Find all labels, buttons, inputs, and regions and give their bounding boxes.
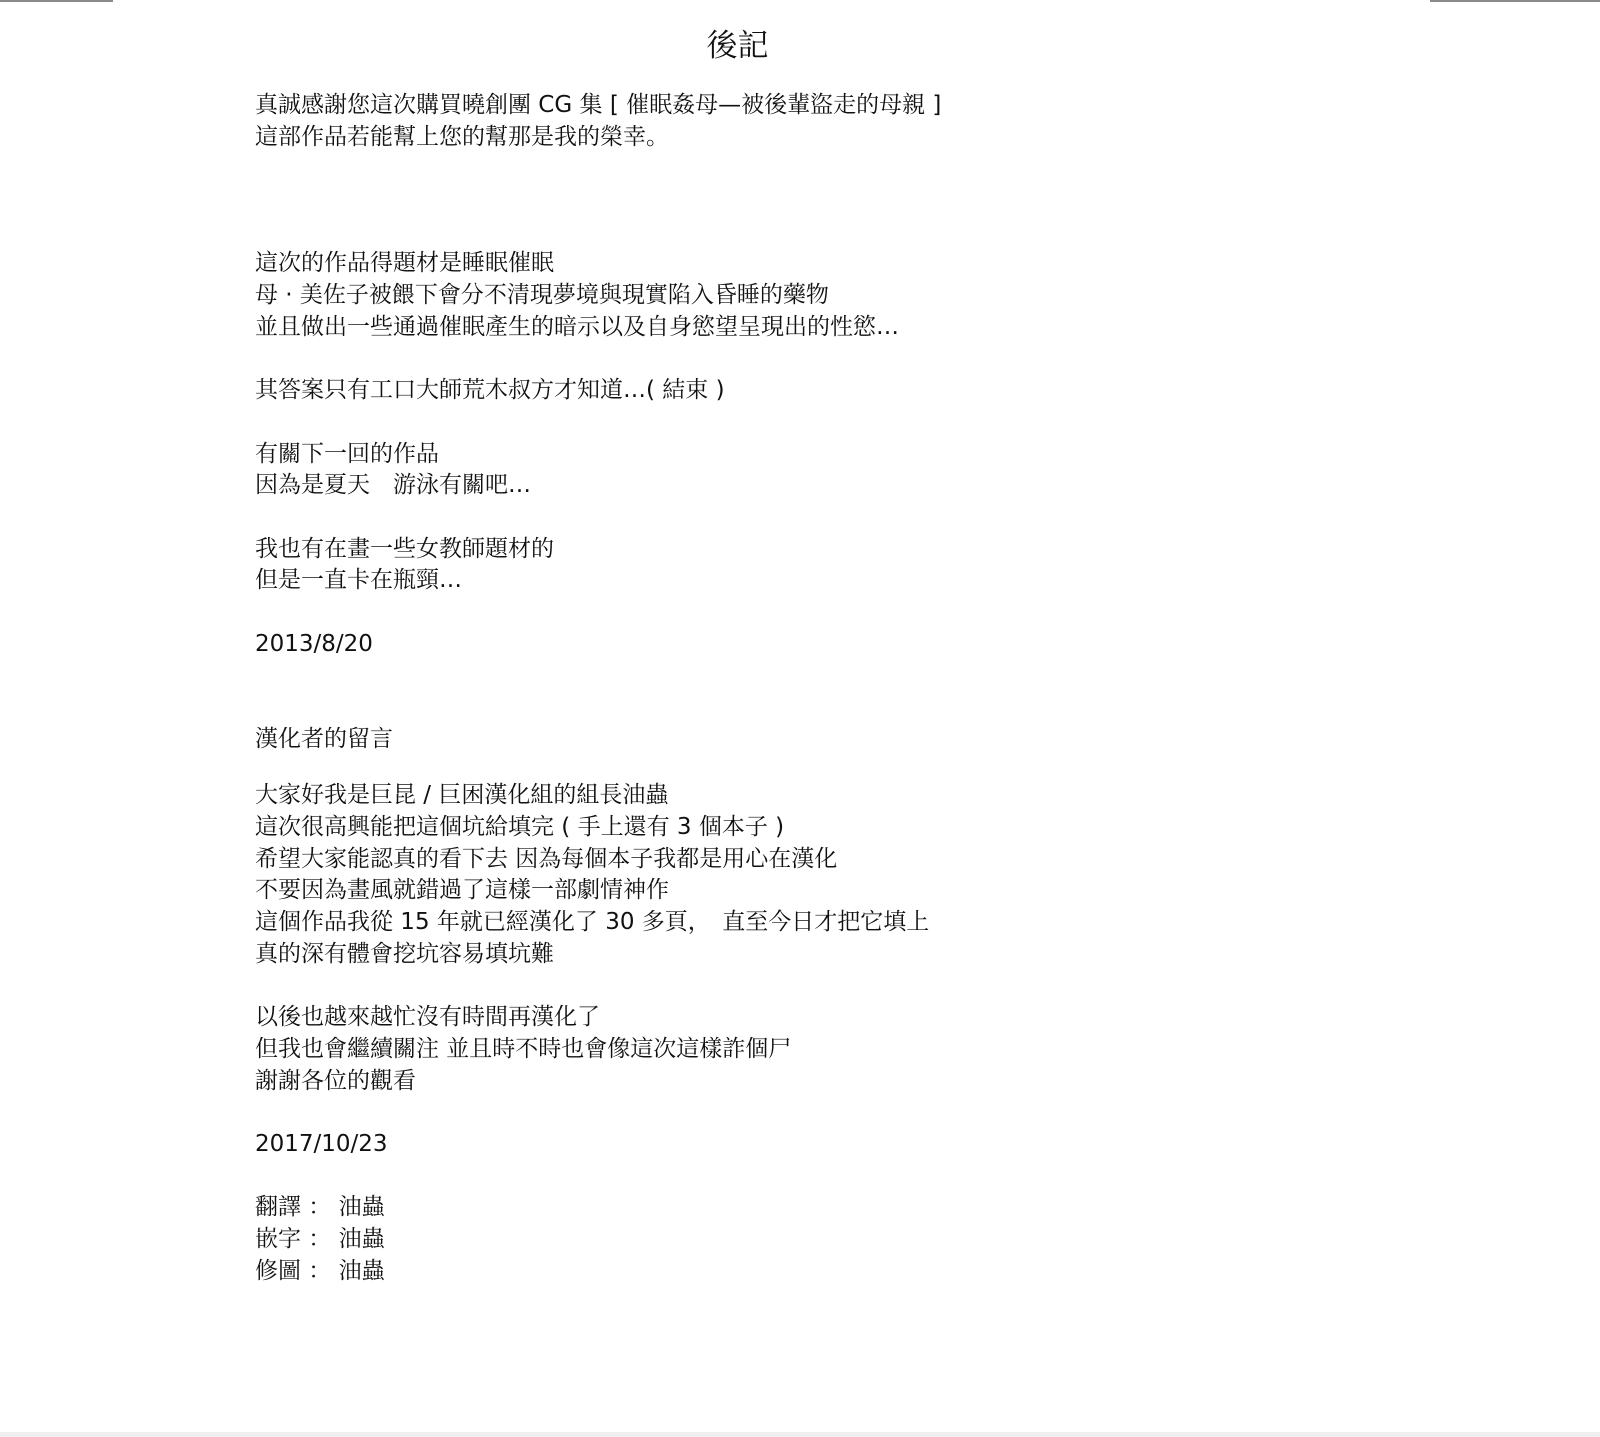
spacer	[255, 1097, 1355, 1129]
text-line: 這個作品我從 15 年就已經漢化了 30 多頁， 直至今日才把它填上	[255, 907, 1355, 939]
translator-heading: 漢化者的留言	[255, 724, 1355, 756]
credit-typesetting: 嵌字 ： 油蟲	[255, 1224, 1355, 1256]
answer-paragraph: 其答案只有工口大師荒木叔方才知道…( 結束 )	[255, 375, 1355, 407]
document-body: 真誠感謝您這次購買曉創團 CG 集 [ 催眠姦母—被後輩盜走的母親 ] 這部作品…	[255, 90, 1355, 1287]
next-work-paragraph: 有關下一回的作品 因為是夏天 游泳有關吧…	[255, 439, 1355, 502]
text-line: 不要因為畫風就錯過了這樣一部劇情神作	[255, 875, 1355, 907]
text-line: 這次很高興能把這個坑給填完 ( 手上還有 3 個本子 )	[255, 812, 1355, 844]
teacher-paragraph: 我也有在畫一些女教師題材的 但是一直卡在瓶頸…	[255, 534, 1355, 597]
text-line: 這部作品若能幫上您的幫那是我的榮幸。	[255, 122, 1355, 154]
spacer	[255, 971, 1355, 1003]
page-edge-left	[0, 0, 113, 2]
text-line: 因為是夏天 游泳有關吧…	[255, 470, 1355, 502]
spacer	[255, 755, 1355, 780]
text-line: 母 · 美佐子被餵下會分不清現夢境與現實陷入昏睡的藥物	[255, 280, 1355, 312]
spacer	[255, 660, 1355, 723]
author-date: 2013/8/20	[255, 629, 1355, 661]
text-line: 希望大家能認真的看下去 因為每個本子我都是用心在漢化	[255, 844, 1355, 876]
spacer	[255, 153, 1355, 248]
text-line: 但是一直卡在瓶頸…	[255, 565, 1355, 597]
page-edge-right	[1430, 0, 1600, 2]
text-line: 謝謝各位的觀看	[255, 1066, 1355, 1098]
credits-list: 翻譯 ： 油蟲 嵌字 ： 油蟲 修圖 ： 油蟲	[255, 1192, 1355, 1287]
spacer	[255, 343, 1355, 375]
credit-translation: 翻譯 ： 油蟲	[255, 1192, 1355, 1224]
credit-editing: 修圖 ： 油蟲	[255, 1256, 1355, 1288]
text-line: 其答案只有工口大師荒木叔方才知道…( 結束 )	[255, 375, 1355, 407]
page-title: 後記	[0, 26, 1475, 66]
text-line: 有關下一回的作品	[255, 439, 1355, 471]
spacer	[255, 407, 1355, 439]
spacer	[255, 597, 1355, 629]
text-line: 真誠感謝您這次購買曉創團 CG 集 [ 催眠姦母—被後輩盜走的母親 ]	[255, 90, 1355, 122]
spacer	[255, 502, 1355, 534]
translator-message-paragraph: 大家好我是巨昆 / 巨困漢化組的組長油蟲 這次很高興能把這個坑給填完 ( 手上還…	[255, 780, 1355, 970]
text-line: 並且做出一些通過催眠產生的暗示以及自身慾望呈現出的性慾…	[255, 312, 1355, 344]
page-edge-bottom	[0, 1432, 1600, 1437]
theme-paragraph: 這次的作品得題材是睡眠催眠 母 · 美佐子被餵下會分不清現夢境與現實陷入昏睡的藥…	[255, 248, 1355, 343]
intro-paragraph: 真誠感謝您這次購買曉創團 CG 集 [ 催眠姦母—被後輩盜走的母親 ] 這部作品…	[255, 90, 1355, 153]
text-line: 真的深有體會挖坑容易填坑難	[255, 939, 1355, 971]
text-line: 我也有在畫一些女教師題材的	[255, 534, 1355, 566]
text-line: 大家好我是巨昆 / 巨困漢化組的組長油蟲	[255, 780, 1355, 812]
text-line: 但我也會繼續關注 並且時不時也會像這次這樣詐個尸	[255, 1034, 1355, 1066]
text-line: 這次的作品得題材是睡眠催眠	[255, 248, 1355, 280]
text-line: 以後也越來越忙沒有時間再漢化了	[255, 1002, 1355, 1034]
spacer	[255, 1161, 1355, 1193]
translator-date: 2017/10/23	[255, 1129, 1355, 1161]
farewell-paragraph: 以後也越來越忙沒有時間再漢化了 但我也會繼續關注 並且時不時也會像這次這樣詐個尸…	[255, 1002, 1355, 1097]
